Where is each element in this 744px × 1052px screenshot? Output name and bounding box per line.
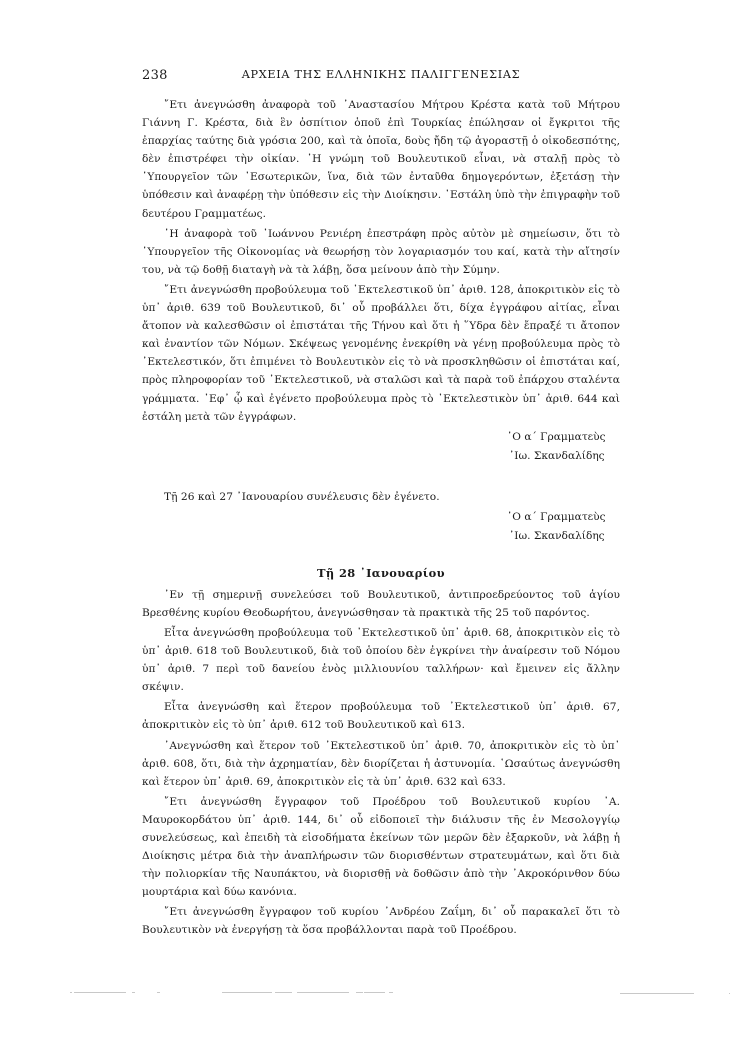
signature-role: ῾Ο α´ Γραμματεὺς xyxy=(507,508,620,527)
no-session-note: Τῇ 26 καὶ 27 ᾿Ιανουαρίου συνέλευσις δὲν … xyxy=(142,488,620,506)
running-head-title: ΑΡΧΕΙΑ ΤΗΣ ΕΛΛΗΝΙΚΗΣ ΠΑΛΙΓΓΕΝΕΣΙΑΣ xyxy=(142,68,620,81)
paragraph: Εἶτα ἀνεγνώσθη καὶ ἕτερον προβούλευμα το… xyxy=(142,698,620,734)
document-page: 238 ΑΡΧΕΙΑ ΤΗΣ ΕΛΛΗΝΙΚΗΣ ΠΑΛΙΓΓΕΝΕΣΙΑΣ ῎… xyxy=(142,62,620,942)
session-january-28: Τῇ 28 ᾿Ιανουαρίου ᾿Εν τῇ σημερινῇ συνελε… xyxy=(142,566,620,940)
minutes-section-continued: ῎Ετι ἀνεγνώσθη ἀναφορὰ τοῦ ᾿Αναστασίου Μ… xyxy=(142,96,620,466)
paragraph: ῾Η ἀναφορὰ τοῦ ᾿Ιωάννου Ρενιέρη ἐπεστράφ… xyxy=(142,225,620,279)
scan-artifact-lines xyxy=(0,992,744,998)
paragraph: Εἶτα ἀνεγνώσθη προβούλευμα τοῦ ᾿Εκτελεστ… xyxy=(142,624,620,696)
secretary-signature: ῾Ο α´ Γραμματεὺς ᾿Ιω. Σκανδαλίδης xyxy=(142,508,620,546)
paragraph: ᾿Εν τῇ σημερινῇ συνελεύσει τοῦ Βουλευτικ… xyxy=(142,586,620,622)
paragraph: ῎Ετι ἀνεγνώσθη ἔγγραφον τοῦ Προέδρου τοῦ… xyxy=(142,793,620,902)
no-session-note-section: Τῇ 26 καὶ 27 ᾿Ιανουαρίου συνέλευσις δὲν … xyxy=(142,488,620,546)
paragraph: ᾿Ανεγνώσθη καὶ ἕτερον τοῦ ᾿Εκτελεστικοῦ … xyxy=(142,737,620,791)
running-head: 238 ΑΡΧΕΙΑ ΤΗΣ ΕΛΛΗΝΙΚΗΣ ΠΑΛΙΓΓΕΝΕΣΙΑΣ xyxy=(142,62,620,84)
signature-name: ᾿Ιω. Σκανδαλίδης xyxy=(507,447,620,466)
section-heading: Τῇ 28 ᾿Ιανουαρίου xyxy=(142,566,620,580)
signature-role: ῾Ο α´ Γραμματεὺς xyxy=(507,428,620,447)
paragraph: ῎Ετι ἀνεγνώσθη ἀναφορὰ τοῦ ᾿Αναστασίου Μ… xyxy=(142,96,620,223)
paragraph: ῎Ετι ἀνεγνώσθη προβούλευμα τοῦ ᾿Εκτελεστ… xyxy=(142,281,620,426)
signature-name: ᾿Ιω. Σκανδαλίδης xyxy=(507,527,620,546)
paragraph: ῎Ετι ἀνεγνώσθη ἔγγραφον τοῦ κυρίου ᾿Ανδρ… xyxy=(142,903,620,939)
secretary-signature: ῾Ο α´ Γραμματεὺς ᾿Ιω. Σκανδαλίδης xyxy=(142,428,620,466)
